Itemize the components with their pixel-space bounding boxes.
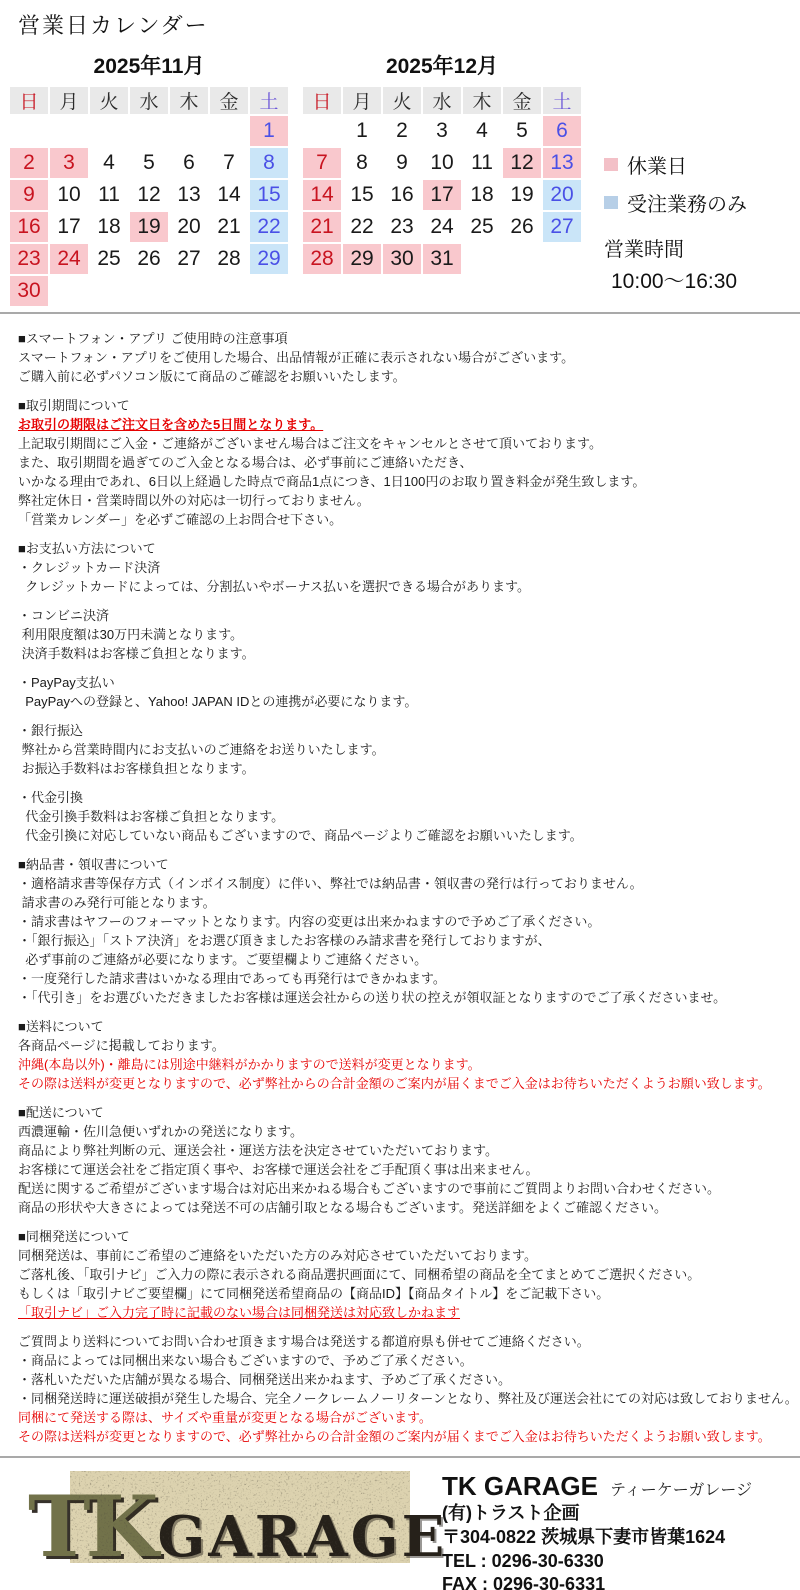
text-line: ■スマートフォン・アプリ ご使用時の注意事項: [18, 329, 800, 348]
calendar-day: 21: [210, 212, 248, 242]
calendar-day: 11: [463, 148, 501, 178]
calendar-day: 20: [170, 212, 208, 242]
calendar-empty-cell: [543, 244, 581, 274]
calendar-day: 15: [250, 180, 288, 210]
shop-name-kana: ティーケーガレージ: [610, 1477, 752, 1500]
weekday-header: 月: [343, 87, 381, 114]
calendar-day: 1: [343, 116, 381, 146]
text-line: もしくは「取引ナビご要望欄」にて同梱発送希望商品の【商品ID】【商品タイトル】を…: [18, 1284, 800, 1303]
notice-text-sections: ■スマートフォン・アプリ ご使用時の注意事項スマートフォン・アプリをご使用した場…: [0, 314, 800, 1446]
weekday-header: 月: [50, 87, 88, 114]
calendar-day: 4: [90, 148, 128, 178]
text-line: ・商品によっては同梱出来ない場合もございますので、予めご了承ください。: [18, 1351, 800, 1370]
weekday-header: 土: [543, 87, 581, 114]
text-line: 各商品ページに掲載しております。: [18, 1036, 800, 1055]
text-line: 代金引換手数料はお客様ご負担となります。: [18, 807, 800, 826]
text-line: ・PayPay支払い: [18, 673, 800, 692]
logo-text: TK GARAGE: [28, 1487, 447, 1567]
text-block: ■スマートフォン・アプリ ご使用時の注意事項スマートフォン・アプリをご使用した場…: [18, 329, 800, 386]
calendar-day: 27: [543, 212, 581, 242]
closed-day-swatch: [604, 158, 618, 171]
text-line: 利用限度額は30万円未満となります。: [18, 625, 800, 644]
calendar-month-title: 2025年12月: [303, 50, 581, 80]
text-line: ・代金引換: [18, 788, 800, 807]
calendar-day: 18: [90, 212, 128, 242]
calendar-day: 5: [130, 148, 168, 178]
weekday-header: 水: [423, 87, 461, 114]
calendar-empty-cell: [90, 116, 128, 146]
text-line: 配送に関するご希望がございます場合は対応出来かねる場合もございますので事前にご質…: [18, 1179, 800, 1198]
text-block: ・代金引換 代金引換手数料はお客様ご負担となります。 代金引換に対応していない商…: [18, 788, 800, 845]
text-line: ご落札後、「取引ナビ」ご入力の際に表示される商品選択画面にて、同梱希望の商品を全…: [18, 1265, 800, 1284]
text-line: 西濃運輸・佐川急便いずれかの発送になります。: [18, 1122, 800, 1141]
text-line: ・適格請求書等保存方式（インボイス制度）に伴い、弊社では納品書・領収書の発行は行…: [18, 874, 800, 893]
text-line: 沖縄(本島以外)・離島には別途中継料がかかりますので送料が変更となります。: [18, 1055, 800, 1074]
calendar-area: 2025年11月 日月火水木金土123456789101112131415161…: [0, 46, 800, 306]
tel-number: TEL : 0296-30-6330: [442, 1550, 752, 1574]
calendar-day: 6: [170, 148, 208, 178]
text-line: お取引の期限はご注文日を含めた5日間となります。: [18, 415, 800, 434]
calendar-day: 10: [423, 148, 461, 178]
business-hours-label: 営業時間: [604, 233, 747, 262]
calendar-empty-cell: [250, 276, 288, 306]
footer: TK GARAGE TK GARAGE ティーケーガレージ (有)トラスト企画 …: [0, 1458, 800, 1590]
text-block: ・銀行振込 弊社から営業時間内にお支払いのご連絡をお送りいたします。 お振込手数…: [18, 721, 800, 778]
text-line: お振込手数料はお客様負担となります。: [18, 759, 800, 778]
text-line: 請求書のみ発行可能となります。: [18, 893, 800, 912]
closed-day-label: 休業日: [627, 150, 687, 179]
logo-tk-letters: TK: [28, 1487, 154, 1567]
text-line: ・一度発行した請求書はいかなる理由であっても再発行はできかねます。: [18, 969, 800, 988]
order-only-label: 受注業務のみ: [627, 188, 747, 217]
calendar-day: 25: [463, 212, 501, 242]
calendar-day: 30: [10, 276, 48, 306]
calendar-day: 27: [170, 244, 208, 274]
weekday-header: 日: [303, 87, 341, 114]
text-block: ・コンビニ決済 利用限度額は30万円未満となります。 決済手数料はお客様ご負担と…: [18, 606, 800, 663]
calendar-day: 19: [503, 180, 541, 210]
logo-garage-letters: GARAGE: [158, 1509, 448, 1565]
calendar-day: 14: [303, 180, 341, 210]
calendar-day: 9: [10, 180, 48, 210]
calendar-day: 26: [130, 244, 168, 274]
weekday-header: 水: [130, 87, 168, 114]
text-line: 「取引ナビ」ご入力完了時に記載のない場合は同梱発送は対応致しかねます: [18, 1303, 800, 1322]
calendar-day: 23: [10, 244, 48, 274]
calendar-day: 7: [303, 148, 341, 178]
text-line: PayPayへの登録と、Yahoo! JAPAN IDとの連携が必要になります。: [18, 692, 800, 711]
calendar-empty-cell: [130, 276, 168, 306]
calendar-day: 30: [383, 244, 421, 274]
weekday-header: 火: [90, 87, 128, 114]
calendar-day: 8: [250, 148, 288, 178]
text-line: ■取引期間について: [18, 396, 800, 415]
calendar-day: 3: [50, 148, 88, 178]
calendar-day: 23: [383, 212, 421, 242]
calendar-day: 24: [423, 212, 461, 242]
calendar-day: 29: [250, 244, 288, 274]
text-block: ■送料について各商品ページに掲載しております。沖縄(本島以外)・離島には別途中継…: [18, 1017, 800, 1093]
text-line: また、取引期間を過ぎてのご入金となる場合は、必ず事前にご連絡いただき、: [18, 453, 800, 472]
text-line: 弊社定休日・営業時間以外の対応は一切行っておりません。: [18, 491, 800, 510]
calendar-day: 12: [503, 148, 541, 178]
text-line: ご購入前に必ずパソコン版にて商品のご確認をお願いいたします。: [18, 367, 800, 386]
calendar-empty-cell: [10, 116, 48, 146]
calendar-day: 22: [343, 212, 381, 242]
text-line: ■お支払い方法について: [18, 539, 800, 558]
text-block: ご質問より送料についてお問い合わせ頂きます場合は発送する都道府県も併せてご連絡く…: [18, 1332, 800, 1446]
business-hours-value: 10:00～16:30: [611, 265, 747, 295]
calendar-grid: 日月火水木金土123456789101112131415161718192021…: [10, 87, 288, 306]
calendar-empty-cell: [463, 244, 501, 274]
text-line: 「営業カレンダー」を必ずご確認の上お問合せ下さい。: [18, 510, 800, 529]
weekday-header: 金: [210, 87, 248, 114]
fax-number: FAX : 0296-30-6331: [442, 1573, 752, 1590]
calendar-empty-cell: [130, 116, 168, 146]
calendar-empty-cell: [170, 276, 208, 306]
text-line: ご質問より送料についてお問い合わせ頂きます場合は発送する都道府県も併せてご連絡く…: [18, 1332, 800, 1351]
text-line: 決済手数料はお客様ご負担となります。: [18, 644, 800, 663]
calendar-day: 5: [503, 116, 541, 146]
calendar-day: 18: [463, 180, 501, 210]
text-line: 商品により弊社判断の元、運送会社・運送方法を決定させていただいております。: [18, 1141, 800, 1160]
text-line: ■送料について: [18, 1017, 800, 1036]
text-line: その際は送料が変更となりますので、必ず弊社からの合計金額のご案内が届くまでご入金…: [18, 1074, 800, 1093]
text-line: ・落札いただいた店舗が異なる場合、同梱発送出来かねます、予めご了承ください。: [18, 1370, 800, 1389]
text-block: ■取引期間についてお取引の期限はご注文日を含めた5日間となります。上記取引期間に…: [18, 396, 800, 529]
calendar-day: 11: [90, 180, 128, 210]
calendar-day: 21: [303, 212, 341, 242]
legend-closed-row: 休業日: [604, 150, 747, 179]
calendar-empty-cell: [90, 276, 128, 306]
calendar-day: 3: [423, 116, 461, 146]
shop-name-row: TK GARAGE ティーケーガレージ: [442, 1471, 752, 1502]
text-line: ・コンビニ決済: [18, 606, 800, 625]
calendar-month-title: 2025年11月: [10, 50, 288, 80]
text-line: ■納品書・領収書について: [18, 855, 800, 874]
text-line: ■配送について: [18, 1103, 800, 1122]
calendar-empty-cell: [210, 116, 248, 146]
text-block: ・PayPay支払い PayPayへの登録と、Yahoo! JAPAN IDとの…: [18, 673, 800, 711]
text-line: ・銀行振込: [18, 721, 800, 740]
calendar-day: 2: [383, 116, 421, 146]
text-line: ■同梱発送について: [18, 1227, 800, 1246]
calendar-empty-cell: [170, 116, 208, 146]
calendar-day: 7: [210, 148, 248, 178]
text-block: ■同梱発送について同梱発送は、事前にご希望のご連絡をいただいた方のみ対応させてい…: [18, 1227, 800, 1322]
order-only-swatch: [604, 196, 618, 209]
calendar-december: 2025年12月 日月火水木金土123456789101112131415161…: [303, 46, 581, 274]
calendar-day: 25: [90, 244, 128, 274]
calendar-day: 22: [250, 212, 288, 242]
calendar-day: 8: [343, 148, 381, 178]
calendar-day: 20: [543, 180, 581, 210]
calendar-day: 16: [383, 180, 421, 210]
calendar-day: 9: [383, 148, 421, 178]
business-calendar-page: 営業日カレンダー 2025年11月 日月火水木金土123456789101112…: [0, 9, 800, 1590]
calendar-day: 17: [50, 212, 88, 242]
postal-address: 〒304-0822 茨城県下妻市皆葉1624: [442, 1526, 752, 1550]
calendar-empty-cell: [50, 116, 88, 146]
calendar-day: 28: [303, 244, 341, 274]
text-line: 商品の形状や大きさによっては発送不可の店舗引取となる場合もございます。発送詳細を…: [18, 1198, 800, 1217]
company-name: (有)トラスト企画: [442, 1502, 752, 1526]
text-line: 必ず事前のご連絡が必要になります。ご要望欄よりご連絡ください。: [18, 950, 800, 969]
text-line: ・同梱発送時に運送破損が発生した場合、完全ノークレームノーリターンとなり、弊社及…: [18, 1389, 800, 1408]
text-line: 同梱にて発送する際は、サイズや重量が変更となる場合がございます。: [18, 1408, 800, 1427]
calendar-day: 4: [463, 116, 501, 146]
calendar-grid: 日月火水木金土123456789101112131415161718192021…: [303, 87, 581, 274]
calendar-day: 12: [130, 180, 168, 210]
weekday-header: 火: [383, 87, 421, 114]
weekday-header: 土: [250, 87, 288, 114]
text-line: ・「代引き」をお選びいただきましたお客様は運送会社からの送り状の控えが領収証とな…: [18, 988, 800, 1007]
shop-name: TK GARAGE: [442, 1471, 598, 1502]
contact-info: TK GARAGE ティーケーガレージ (有)トラスト企画 〒304-0822 …: [442, 1471, 752, 1590]
text-line: スマートフォン・アプリをご使用した場合、出品情報が正確に表示されない場合がござい…: [18, 348, 800, 367]
text-block: ■配送について西濃運輸・佐川急便いずれかの発送になります。商品により弊社判断の元…: [18, 1103, 800, 1217]
text-line: お客様にて運送会社をご指定頂く事や、お客様で運送会社をご手配頂く事は出来ません。: [18, 1160, 800, 1179]
calendar-day: 19: [130, 212, 168, 242]
text-line: その際は送料が変更となりますので、必ず弊社からの合計金額のご案内が届くまでご入金…: [18, 1427, 800, 1446]
text-line: 代金引換に対応していない商品もございますので、商品ページよりご確認をお願いいたし…: [18, 826, 800, 845]
calendar-empty-cell: [303, 116, 341, 146]
text-line: ・クレジットカード決済: [18, 558, 800, 577]
weekday-header: 木: [463, 87, 501, 114]
text-line: クレジットカードによっては、分割払いやボーナス払いを選択できる場合があります。: [18, 577, 800, 596]
calendar-day: 17: [423, 180, 461, 210]
calendar-day: 26: [503, 212, 541, 242]
calendar-day: 6: [543, 116, 581, 146]
calendar-day: 28: [210, 244, 248, 274]
calendar-empty-cell: [210, 276, 248, 306]
text-block: ■お支払い方法について・クレジットカード決済 クレジットカードによっては、分割払…: [18, 539, 800, 596]
calendar-day: 10: [50, 180, 88, 210]
weekday-header: 木: [170, 87, 208, 114]
weekday-header: 金: [503, 87, 541, 114]
weekday-header: 日: [10, 87, 48, 114]
calendar-day: 16: [10, 212, 48, 242]
text-line: ・請求書はヤフーのフォーマットとなります。内容の変更は出来かねますので予めご了承…: [18, 912, 800, 931]
calendar-empty-cell: [50, 276, 88, 306]
calendar-day: 31: [423, 244, 461, 274]
text-line: ・「銀行振込」「ストア決済」をお選び頂きましたお客様のみ請求書を発行しております…: [18, 931, 800, 950]
calendar-empty-cell: [503, 244, 541, 274]
calendar-day: 13: [543, 148, 581, 178]
legend-order-only-row: 受注業務のみ: [604, 188, 747, 217]
calendar-day: 13: [170, 180, 208, 210]
legend-and-hours: 休業日 受注業務のみ 営業時間 10:00～16:30: [604, 150, 747, 295]
calendar-november: 2025年11月 日月火水木金土123456789101112131415161…: [10, 46, 288, 306]
text-line: 上記取引期間にご入金・ご連絡がございません場合はご注文をキャンセルとさせて頂いて…: [18, 434, 800, 453]
calendar-day: 2: [10, 148, 48, 178]
page-title: 営業日カレンダー: [18, 9, 800, 40]
text-block: ■納品書・領収書について・適格請求書等保存方式（インボイス制度）に伴い、弊社では…: [18, 855, 800, 1007]
tk-garage-logo: TK GARAGE: [70, 1471, 410, 1563]
calendar-day: 1: [250, 116, 288, 146]
calendar-day: 15: [343, 180, 381, 210]
calendar-day: 24: [50, 244, 88, 274]
text-line: 同梱発送は、事前にご希望のご連絡をいただいた方のみ対応させていただいております。: [18, 1246, 800, 1265]
calendar-day: 14: [210, 180, 248, 210]
text-line: 弊社から営業時間内にお支払いのご連絡をお送りいたします。: [18, 740, 800, 759]
business-hours: 営業時間 10:00～16:30: [604, 233, 747, 295]
calendar-day: 29: [343, 244, 381, 274]
text-line: いかなる理由であれ、6日以上経過した時点で商品1点につき、1日100円のお取り置…: [18, 472, 800, 491]
